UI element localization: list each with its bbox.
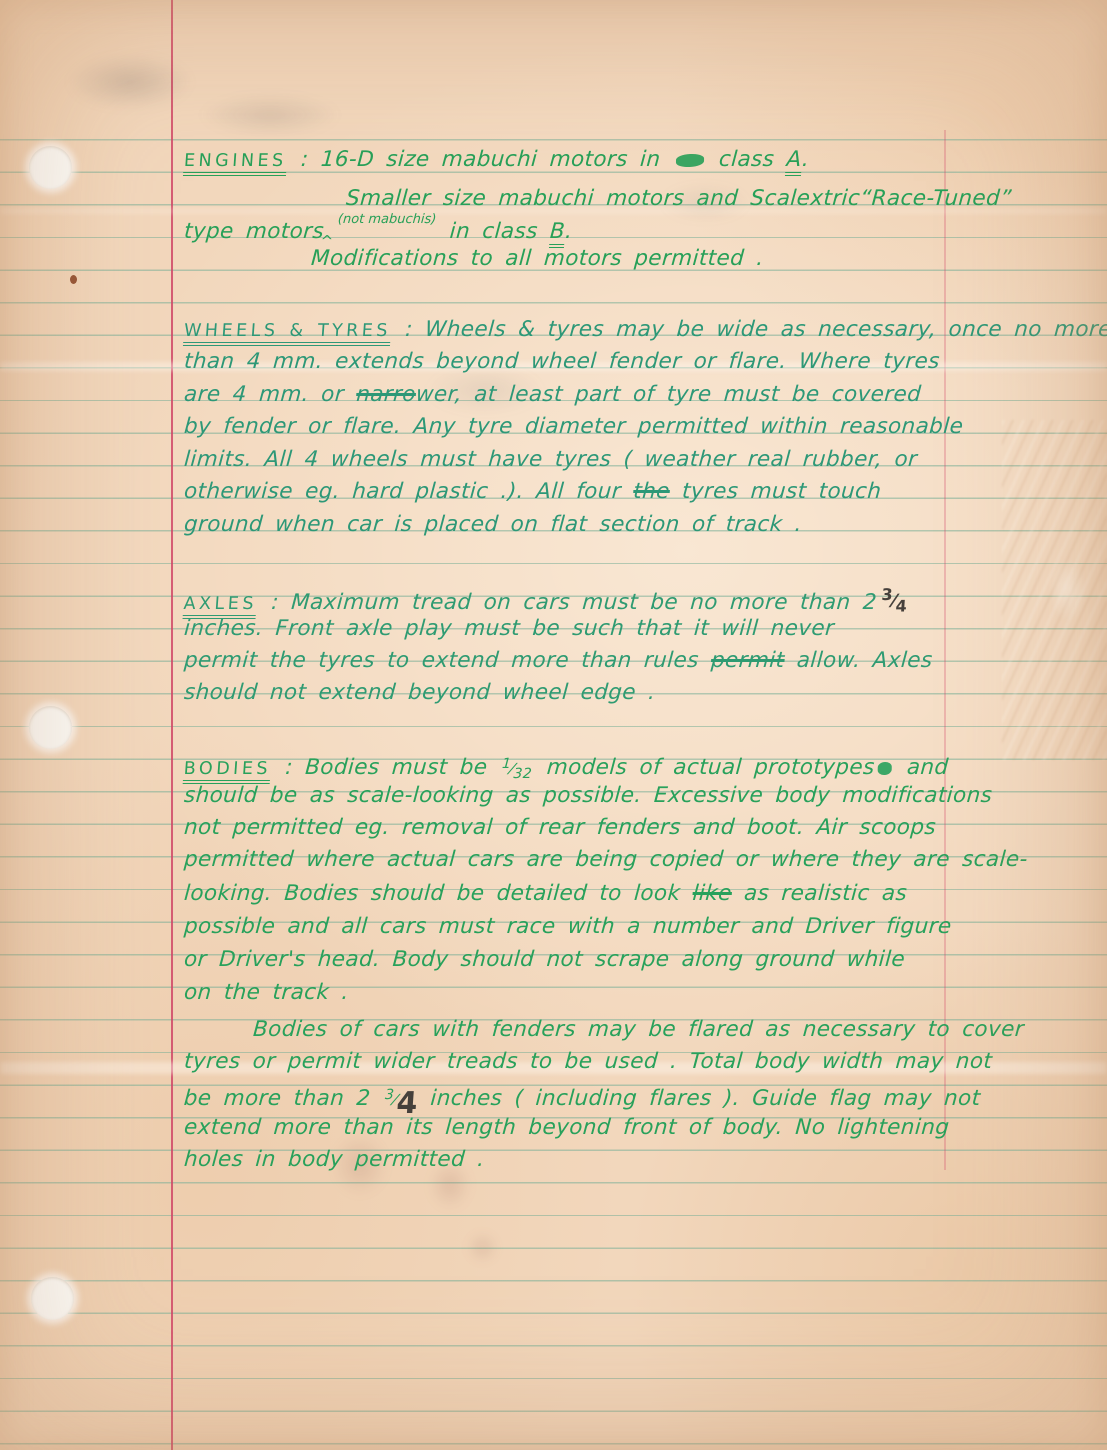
text-segment: in class	[437, 219, 551, 244]
text-segment: Bodies of cars with fenders may be flare…	[252, 1017, 1025, 1042]
handwritten-line: otherwise eg. hard plastic .). All four …	[183, 477, 882, 507]
text-segment: models of actual prototypes	[534, 755, 876, 780]
text-segment: possible and all cars must race with a n…	[183, 914, 952, 939]
text-segment: : Wheels & tyres may be wide as necessar…	[392, 317, 1107, 342]
handwritten-line: on the track .	[183, 978, 350, 1008]
handwritten-line: Smaller size mabuchi motors and Scalextr…	[345, 184, 1013, 214]
handwritten-line: ground when car is placed on flat sectio…	[183, 510, 803, 540]
handwritten-line: possible and all cars must race with a n…	[183, 912, 953, 942]
text-segment: class	[706, 147, 788, 172]
section-heading: ENGINES	[183, 151, 287, 176]
right-margin-line	[944, 130, 946, 1170]
text-segment: permit the tyres to extend more than rul…	[183, 648, 712, 673]
text-segment: the	[632, 479, 670, 504]
text-segment: Smaller size mabuchi motors and Scalextr…	[345, 186, 1012, 211]
text-segment: like	[692, 881, 733, 906]
text-segment: narro	[355, 382, 416, 407]
handwritten-line: looking. Bodies should be detailed to lo…	[183, 879, 908, 909]
handwritten-line: than 4 mm. extends beyond wheel fender o…	[183, 347, 941, 377]
text-segment: wer, at least part of tyre must be cover…	[415, 382, 922, 407]
text-segment: : Bodies must be	[272, 755, 500, 780]
handwritten-line: Bodies of cars with fenders may be flare…	[252, 1015, 1025, 1045]
handwritten-line: permitted where actual cars are being co…	[183, 845, 1029, 875]
handwritten-line: Modifications to all motors permitted .	[310, 244, 765, 274]
text-segment: limits. All 4 wheels must have tyres ( w…	[183, 447, 918, 472]
handwritten-line: should not extend beyond wheel edge .	[183, 678, 656, 708]
text-segment: or Driver's head. Body should not scrape…	[183, 947, 906, 972]
text-segment: than 4 mm. extends beyond wheel fender o…	[183, 349, 940, 374]
left-margin-line	[171, 0, 173, 1450]
handwritten-line: extend more than its length beyond front…	[183, 1113, 950, 1143]
text-segment: holes in body permitted .	[183, 1147, 485, 1172]
text-segment: tyres must touch	[669, 479, 882, 504]
text-segment: : Maximum tread on cars must be no more …	[258, 590, 878, 615]
handwritten-line: by fender or flare. Any tyre diameter pe…	[183, 412, 964, 442]
text-segment: looking. Bodies should be detailed to lo…	[183, 881, 693, 906]
text-segment: be more than 2	[183, 1086, 384, 1111]
text-segment: as realistic as	[731, 881, 908, 906]
handwritten-line: be more than 2 3⁄4 inches ( including fl…	[183, 1080, 982, 1110]
text-segment: extend more than its length beyond front…	[183, 1115, 950, 1140]
inserted-annotation: (not mabuchis)	[337, 205, 438, 235]
text-segment: permit	[710, 648, 785, 673]
punch-hole	[31, 1277, 74, 1320]
handwritten-line: should be as scale-looking as possible. …	[183, 781, 993, 811]
text-segment: otherwise eg. hard plastic .). All four	[183, 479, 634, 504]
text-segment: ground when car is placed on flat sectio…	[183, 512, 803, 537]
handwritten-line: ENGINES : 16-D size mabuchi motors in cl…	[183, 145, 810, 175]
text-segment: are 4 mm. or	[183, 382, 357, 407]
handwritten-line: AXLES : Maximum tread on cars must be no…	[183, 582, 909, 612]
ink-blot	[877, 762, 891, 776]
punch-hole	[29, 146, 72, 189]
ink-speck	[70, 275, 77, 284]
text-segment: inches. Front axle play must be such tha…	[183, 616, 835, 641]
fraction: 3⁄4	[880, 580, 909, 622]
text-segment: on the track .	[183, 980, 349, 1005]
notebook-page: ENGINES : 16-D size mabuchi motors in cl…	[0, 0, 1107, 1450]
text-segment: type motors	[183, 219, 325, 244]
text-segment: and	[894, 755, 950, 780]
text-segment: permitted where actual cars are being co…	[183, 847, 1028, 872]
handwritten-line: tyres or permit wider treads to be used …	[183, 1047, 993, 1077]
text-segment: allow. Axles	[784, 648, 934, 673]
handwritten-line: or Driver's head. Body should not scrape…	[183, 945, 906, 975]
text-segment: should be as scale-looking as possible. …	[183, 783, 993, 808]
text-segment: tyres or permit wider treads to be used …	[183, 1049, 993, 1074]
handwritten-line: WHEELS & TYRES : Wheels & tyres may be w…	[183, 315, 1107, 345]
handwritten-line: BODIES : Bodies must be 1⁄32 models of a…	[183, 749, 950, 779]
ink-blot	[675, 153, 703, 167]
section-heading: WHEELS & TYRES	[183, 321, 392, 346]
handwritten-line: limits. All 4 wheels must have tyres ( w…	[183, 445, 918, 475]
text-segment: should not extend beyond wheel edge .	[183, 680, 656, 705]
text-segment: by fender or flare. Any tyre diameter pe…	[183, 414, 964, 439]
text-segment: inches ( including flares ). Guide flag …	[417, 1086, 981, 1111]
punch-hole	[29, 706, 72, 749]
handwritten-line: type motors^(not mabuchis) in class B.	[183, 217, 573, 247]
text-segment: not permitted eg. removal of rear fender…	[183, 815, 937, 840]
text-segment: : 16-D size mabuchi motors in	[288, 147, 674, 172]
handwritten-line: inches. Front axle play must be such tha…	[183, 614, 835, 644]
handwritten-line: not permitted eg. removal of rear fender…	[183, 813, 937, 843]
text-segment: Modifications to all motors permitted .	[310, 246, 764, 271]
handwritten-line: are 4 mm. or narrower, at least part of …	[183, 380, 922, 410]
handwritten-line: holes in body permitted .	[183, 1145, 486, 1175]
handwritten-line: permit the tyres to extend more than rul…	[183, 646, 934, 676]
